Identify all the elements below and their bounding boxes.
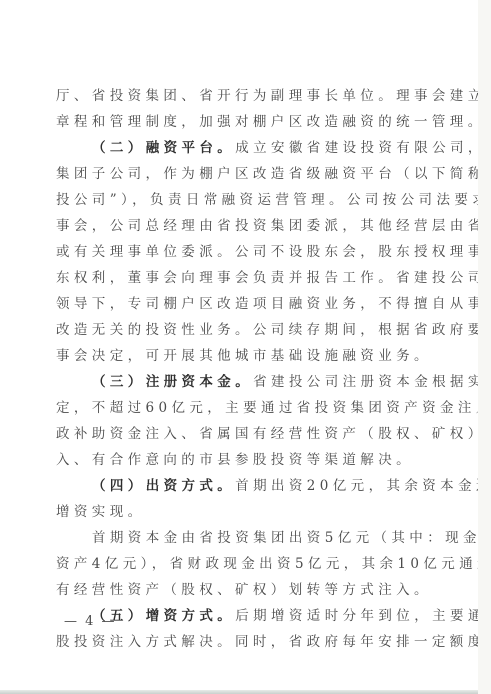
text-line: 东权利，董事会向理事会负责并报告工作。省建投公司在理事会 [56, 265, 420, 291]
page-bottom-shadow [0, 690, 478, 694]
text-line: 定，不超过60亿元，主要通过省投资集团资产资金注入、省财 [56, 395, 420, 421]
text-line: 股投资注入方式解决。同时，省政府每年安排一定额度的国有资 [56, 629, 420, 655]
text-line: （二）融资平台。成立安徽省建设投资有限公司，为省投资 [56, 135, 420, 161]
page-number: — 4 — [64, 614, 117, 629]
text-line: （三）注册资本金。省建投公司注册资本金根据实际需要确 [56, 369, 420, 395]
text-line: 投公司”），负责日常融资运营管理。公司按公司法要求设立董 [56, 187, 420, 213]
text-line: 资产4亿元），省财政现金出资5亿元，其余10亿元通过省属国 [56, 551, 420, 577]
text-line: 改造无关的投资性业务。公司续存期间，根据省政府要求，经理 [56, 317, 420, 343]
text-line: 集团子公司，作为棚户区改造省级融资平台（以下简称“省建 [56, 161, 420, 187]
section-heading-financing-platform: （二）融资平台。 [92, 140, 235, 156]
text-line: 增资实现。 [56, 499, 420, 525]
watermark: huibeizeng.com [370, 671, 491, 687]
text-line: 领导下，专司棚户区改造项目融资业务，不得擅自从事与棚户区 [56, 291, 420, 317]
text-span: 省建投公司注册资本金根据实际需要确 [253, 374, 491, 390]
section-heading-contribution-method: （四）出资方式。 [92, 478, 235, 494]
text-line: 有经营性资产（股权、矿权）划转等方式注入。 [56, 577, 420, 603]
text-span: 后期增资适时分年到位，主要通过市县参 [235, 608, 491, 624]
text-line: 或有关理事单位委派。公司不设股东会，股东授权理事会行使股 [56, 239, 420, 265]
text-line: （四）出资方式。首期出资20亿元，其余资本金通过后期 [56, 473, 420, 499]
page-edge [478, 0, 491, 694]
body-text: 厅、省投资集团、省开行为副理事长单位。理事会建立健全有关 章程和管理制度，加强对… [56, 83, 420, 655]
text-span: 首期出资20亿元，其余资本金通过后期 [235, 478, 491, 494]
text-line: 事会决定，可开展其他城市基础设施融资业务。 [56, 343, 420, 369]
text-line: 章程和管理制度，加强对棚户区改造融资的统一管理。 [56, 109, 420, 135]
section-heading-registered-capital: （三）注册资本金。 [92, 374, 253, 390]
text-line: 首期资本金由省投资集团出资5亿元（其中：现金1亿元， [56, 525, 420, 551]
text-line: 政补助资金注入、省属国有经营性资产（股权、矿权）划转注 [56, 421, 420, 447]
document-page: 厅、省投资集团、省开行为副理事长单位。理事会建立健全有关 章程和管理制度，加强对… [0, 0, 478, 692]
text-line: 厅、省投资集团、省开行为副理事长单位。理事会建立健全有关 [56, 83, 420, 109]
text-line: 入、有合作意向的市县参股投资等渠道解决。 [56, 447, 420, 473]
text-line: 事会，公司总经理由省投资集团委派，其他经营层由省投资集团 [56, 213, 420, 239]
text-span: 成立安徽省建设投资有限公司，为省投资 [235, 140, 491, 156]
